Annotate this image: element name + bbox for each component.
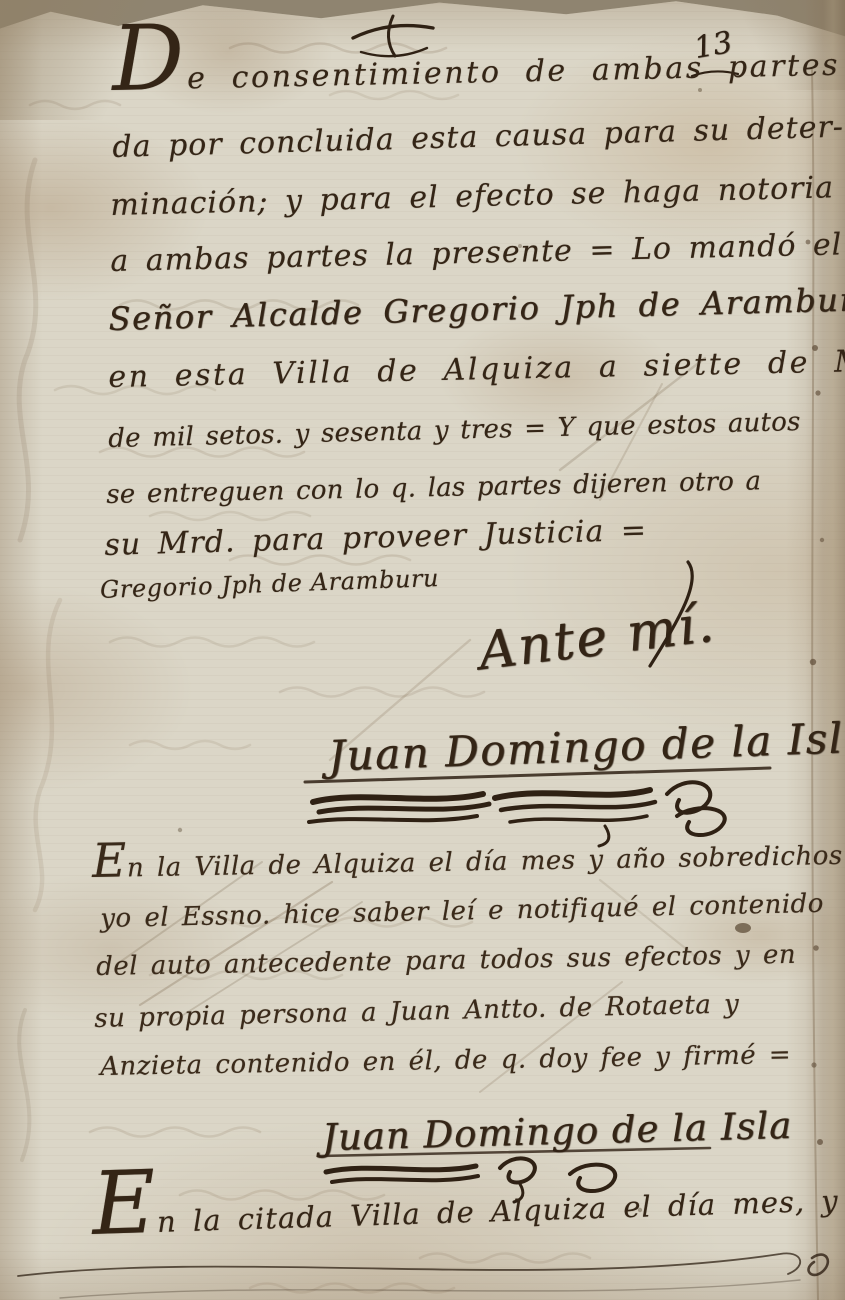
manuscript-scan: 13 De consentimiento de ambas partes se … — [0, 0, 845, 1300]
ante-mi-flourish — [640, 558, 710, 668]
signature-rubric-flourish-1 — [305, 768, 785, 848]
closing-underline-flourish — [0, 1228, 845, 1300]
